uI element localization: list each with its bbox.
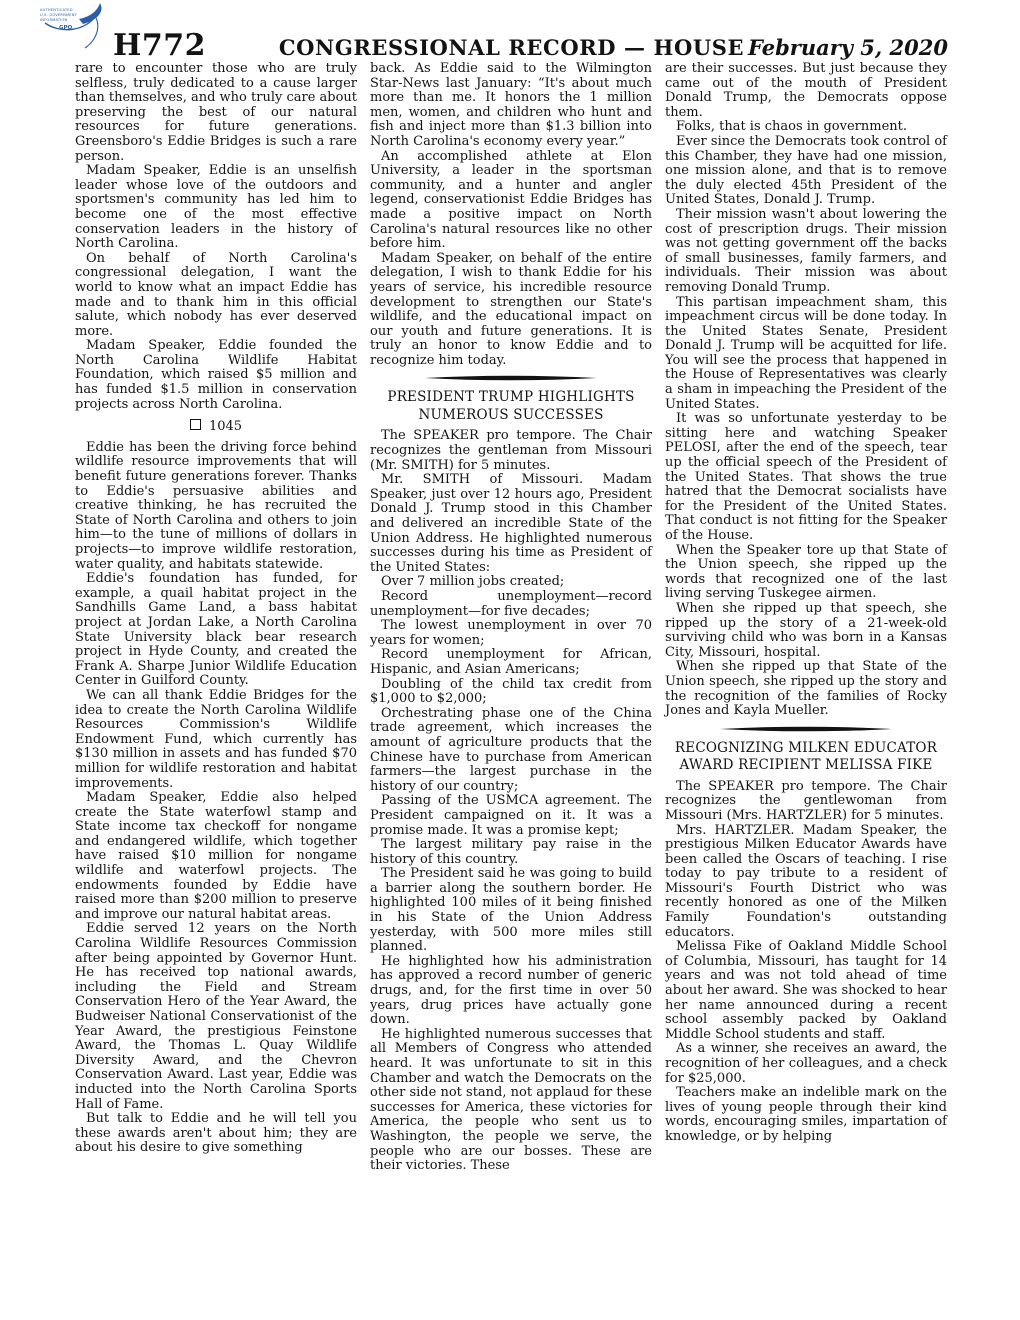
- paragraph: The lowest unemployment in over 70 years…: [370, 619, 652, 648]
- page-body: rare to encounter those who are truly se…: [75, 62, 948, 1174]
- paragraph: Mr. SMITH of Missouri. Madam Speaker, ju…: [370, 473, 652, 575]
- section-heading: PRESIDENT TRUMP HIGHLIGHTS NUMEROUS SUCC…: [370, 389, 652, 424]
- paragraph: Folks, that is chaos in government.: [665, 120, 947, 135]
- paragraph: Mrs. HARTZLER. Madam Speaker, the presti…: [665, 824, 947, 941]
- congressional-record-page: AUTHENTICATED U.S. GOVERNMENT INFORMATIO…: [0, 0, 1020, 1320]
- paragraph: Passing of the USMCA agreement. The Pres…: [370, 794, 652, 838]
- paragraph: On behalf of North Carolina's congressio…: [75, 252, 357, 340]
- paragraph: Melissa Fike of Oakland Middle School of…: [665, 940, 947, 1042]
- time-marker-square-icon: [190, 419, 201, 430]
- gpo-seal-line: U.S. GOVERNMENT: [40, 13, 78, 17]
- paragraph: Eddie served 12 years on the North Carol…: [75, 922, 357, 1112]
- paragraph: When she ripped up that State of the Uni…: [665, 660, 947, 718]
- paragraph: Eddie has been the driving force behind …: [75, 441, 357, 572]
- paragraph: back. As Eddie said to the Wilmington St…: [370, 62, 652, 150]
- issue-date: February 5, 2020: [748, 35, 948, 60]
- paragraph: An accomplished athlete at Elon Universi…: [370, 150, 652, 252]
- paragraph: rare to encounter those who are truly se…: [75, 62, 357, 164]
- column-3: are their successes. But just because th…: [665, 62, 947, 1174]
- paragraph: He highlighted how his administration ha…: [370, 955, 652, 1028]
- paragraph: As a winner, she receives an award, the …: [665, 1042, 947, 1086]
- gpo-eagle-swoosh: [79, 3, 101, 24]
- paragraph: Eddie's foundation has funded, for examp…: [75, 572, 357, 689]
- gpo-seal-line: AUTHENTICATED: [40, 8, 73, 12]
- paragraph: The President said he was going to build…: [370, 867, 652, 955]
- paragraph: This partisan impeachment sham, this imp…: [665, 296, 947, 413]
- paragraph: Ever since the Democrats took control of…: [665, 135, 947, 208]
- paragraph: Madam Speaker, Eddie also helped create …: [75, 791, 357, 922]
- paragraph: Teachers make an indelible mark on the l…: [665, 1086, 947, 1144]
- section-heading: RECOGNIZING MILKEN EDUCATOR AWARD RECIPI…: [665, 740, 947, 775]
- paragraph: Madam Speaker, Eddie is an unselfish lea…: [75, 164, 357, 252]
- paragraph: Orchestrating phase one of the China tra…: [370, 707, 652, 795]
- paragraph: Their mission wasn't about lowering the …: [665, 208, 947, 296]
- gpo-seal-line: INFORMATION: [40, 18, 68, 22]
- journal-title: CONGRESSIONAL RECORD — HOUSE: [279, 35, 744, 60]
- time-marker-text: 1045: [209, 419, 242, 434]
- paragraph: Madam Speaker, on behalf of the entire d…: [370, 252, 652, 369]
- paragraph: We can all thank Eddie Bridges for the i…: [75, 689, 357, 791]
- paragraph: When she ripped up that speech, she ripp…: [665, 602, 947, 660]
- paragraph: The largest military pay raise in the hi…: [370, 838, 652, 867]
- column-1: rare to encounter those who are truly se…: [75, 62, 357, 1174]
- paragraph: The SPEAKER pro tempore. The Chair recog…: [665, 780, 947, 824]
- running-head: H772 CONGRESSIONAL RECORD — HOUSE Februa…: [75, 28, 948, 63]
- section-divider-rule: [665, 726, 947, 732]
- paragraph: When the Speaker tore up that State of t…: [665, 544, 947, 602]
- paragraph: Madam Speaker, Eddie founded the North C…: [75, 339, 357, 412]
- paragraph: It was so unfortunate yesterday to be si…: [665, 412, 947, 543]
- paragraph: But talk to Eddie and he will tell you t…: [75, 1112, 357, 1156]
- page-number: H772: [75, 28, 206, 63]
- column-2: back. As Eddie said to the Wilmington St…: [370, 62, 652, 1174]
- paragraph: He highlighted numerous successes that a…: [370, 1028, 652, 1174]
- paragraph: Record unemployment for African, Hispani…: [370, 648, 652, 677]
- section-divider-rule: [370, 375, 652, 381]
- time-marker: 1045: [75, 419, 357, 435]
- paragraph: Over 7 million jobs created;: [370, 575, 652, 590]
- paragraph: Doubling of the child tax credit from $1…: [370, 678, 652, 707]
- paragraph: Record unemployment—record unemployment—…: [370, 590, 652, 619]
- paragraph: are their successes. But just because th…: [665, 62, 947, 120]
- paragraph: The SPEAKER pro tempore. The Chair recog…: [370, 429, 652, 473]
